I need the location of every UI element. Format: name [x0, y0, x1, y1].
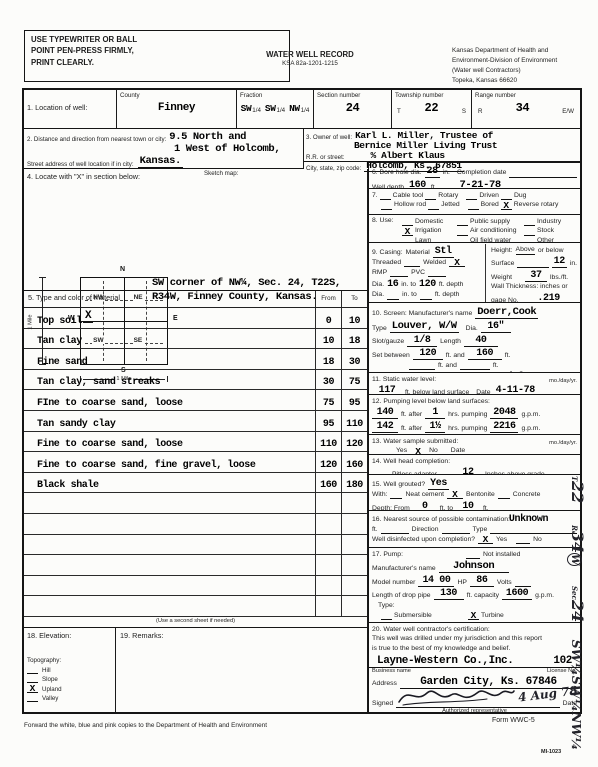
pumping-label-1: hrs. pumping: [448, 411, 487, 419]
field-range: Range number R 34 E/W: [472, 90, 580, 128]
material-name: FIne to coarse sand, loose: [37, 398, 183, 409]
weight-label: Weight: [491, 274, 512, 282]
reverse-rotary-label: Reverse rotary: [514, 201, 559, 209]
fraction-q2: SW: [265, 103, 276, 114]
screen-type-label: Type: [372, 325, 387, 333]
casing-dia-value: 16: [387, 279, 398, 290]
surface-value: 12: [552, 256, 567, 268]
grout-to-value: 10: [456, 501, 480, 511]
agency-block: Kansas Department of Health and Environm…: [452, 46, 557, 86]
screen-type-value: Louver, W/W: [390, 320, 459, 333]
pump-type-label: Type:: [372, 602, 395, 610]
hp-value: 86: [470, 575, 494, 587]
material-row-empty: [24, 555, 367, 576]
stock-blank: [524, 228, 535, 236]
air-conditioning-blank: [457, 228, 468, 236]
fraction-q3: NW: [289, 103, 300, 114]
township-label: Township number: [392, 90, 471, 99]
bored-blank: [468, 202, 479, 210]
location-row: 1. Location of well: County Finney Fract…: [24, 90, 580, 129]
material-row-empty: [24, 493, 367, 514]
material-from: 75: [323, 398, 334, 409]
from-column-header: From: [321, 295, 335, 302]
pumping-label-2: hrs. pumping: [448, 425, 487, 433]
disinfected-label: Well disinfected upon completion?: [372, 536, 475, 544]
model-number-label: Model number: [372, 579, 415, 587]
section-use: 8. Use: Domestic Public supply Industry …: [369, 215, 580, 243]
topo-valley-label: Valley: [42, 695, 58, 702]
contamination-label: 16. Nearest source of possible contamina…: [372, 516, 510, 524]
material-to: 75: [349, 377, 360, 388]
set-ftand-label: ft. and: [446, 352, 465, 360]
domestic-label: Domestic: [415, 218, 455, 226]
public-supply-label: Public supply: [470, 218, 522, 226]
scanned-water-well-record: USE TYPEWRITER OR BALL POINT PEN-PRESS F…: [0, 0, 598, 767]
section-number-value: 24: [314, 101, 391, 115]
margin-sec-label: Sec: [570, 586, 579, 600]
direction-label: Direction: [412, 526, 439, 534]
material-row: FIne to coarse sand, loose 75 95: [24, 390, 367, 411]
section-drill-method: 7. Cable tool Rotary Driven Dug Hollow r…: [369, 189, 580, 215]
screen-length-label: Length: [440, 338, 461, 346]
gpm-label-2: g.p.m.: [521, 425, 540, 433]
cable-tool-blank: [380, 192, 391, 200]
field-county: County Finney: [117, 90, 237, 128]
second-sheet-note: (Use a second sheet if needed): [156, 618, 235, 624]
material-name: Fine sand: [37, 357, 87, 368]
completion-date-value: 7-21-78: [457, 179, 502, 189]
location-label: 1. Location of well:: [24, 90, 116, 112]
material-to: 110: [346, 419, 363, 430]
pump-mfr-label: Manufacturer's name: [372, 565, 436, 573]
static-level-value: 117: [372, 385, 402, 395]
bentonite-mark: X: [447, 491, 463, 499]
sample-date-label: Date: [451, 447, 465, 455]
section-number-label: Section number: [314, 90, 391, 99]
material-row: Tan clay 10 18: [24, 329, 367, 350]
irrigation-label: Irrigation: [415, 227, 455, 235]
height-above: Above: [516, 246, 535, 255]
material-from: 10: [323, 336, 334, 347]
field-section-number: Section number 24: [314, 90, 392, 128]
distribution-footer: Forward the white, blue and pink copies …: [24, 722, 267, 730]
domestic-blank: [402, 218, 413, 226]
form-title-block: WATER WELL RECORD KSA 82a-1201-1215: [248, 50, 372, 67]
owner-label: 3. Owner of well:: [306, 134, 352, 141]
field-fraction: Fraction SW1/4 SW1/4 NW1/4: [237, 90, 314, 128]
topo-valley-blank: [27, 694, 38, 702]
street-address-label: Street address of well location if in ci…: [27, 161, 134, 168]
capacity-label: ft. capacity: [467, 592, 500, 600]
material-row: Tan sandy clay 95 110: [24, 411, 367, 432]
range-value-row: R 34 E/W: [472, 101, 580, 115]
business-name-value: Layne-Western Co.,Inc.: [377, 655, 513, 667]
contamination-value: Unknown: [509, 514, 548, 525]
township-value: 22: [425, 101, 439, 115]
bored-label: Bored: [481, 201, 499, 209]
fraction-q1-denom: 1/4: [252, 107, 261, 114]
distance-value-2: 1 West of Holcomb,: [24, 143, 303, 155]
section-casing: 9. Casing:MaterialStl ThreadedWeldedX RM…: [369, 243, 580, 303]
well-head-label: 14. Well head completion:: [372, 458, 450, 466]
material-row: Top soil 0 10: [24, 308, 367, 329]
section-well-head: 14. Well head completion: Pitless adapte…: [369, 455, 580, 475]
topography-label: Topography:: [27, 657, 112, 664]
section-contamination: 16. Nearest source of possible contamina…: [369, 511, 580, 548]
topo-hill-blank: [27, 666, 38, 674]
grout-from-value: 0: [413, 501, 437, 511]
static-date-value: 4-11-78: [494, 385, 537, 395]
certification-text-2: is true to the best of my knowledge and …: [372, 645, 510, 653]
well-depth-value: 160: [407, 180, 428, 189]
field-township: Township number T 22 S: [392, 90, 472, 128]
form-code: Form WWC-5: [492, 717, 535, 726]
drop-pipe-value: 130: [434, 588, 464, 600]
turbine-blank: X: [468, 612, 479, 620]
signed-label: Signed: [372, 700, 393, 708]
model-number-value: 14 00: [418, 575, 454, 587]
wall-thickness-label: Wall Thickness: inches or: [491, 283, 568, 291]
township-prefix: T: [397, 108, 401, 115]
distance-value-1: 9.5 North and: [169, 131, 246, 143]
authorized-rep-label: Authorized representative: [442, 708, 507, 714]
signature: [397, 682, 515, 708]
bore-in-label: in.: [443, 169, 450, 177]
certification-label: 20. Water well contractor's certificatio…: [372, 626, 490, 634]
material-row: Black shale 160 180: [24, 473, 367, 494]
material-from: 160: [320, 480, 337, 491]
set-between-to: 160: [468, 348, 502, 360]
pumping-gpm-1: 2048: [490, 407, 518, 419]
material-row: Fine to coarse sand, fine gravel, loose …: [24, 452, 367, 473]
material-row-empty: [24, 576, 367, 597]
field-elevation: 18. Elevation: Topography: Hill Slope XU…: [24, 628, 116, 712]
field-remarks: 19. Remarks:: [116, 628, 367, 712]
section-screen: 10. Screen: Manufacturer's nameDoerr,Coo…: [369, 303, 580, 373]
sketch-map-label: Sketch map:: [204, 170, 238, 177]
material-to: 180: [346, 480, 363, 491]
irrigation-blank: X: [402, 228, 413, 236]
right-column: 6. Bore hole dia.28in.Completion date We…: [368, 162, 580, 712]
field-location: 1. Location of well:: [24, 90, 117, 128]
material-to: 95: [349, 398, 360, 409]
static-moday-label: mo./day/yr.: [549, 378, 577, 384]
surface-label: Surface: [491, 260, 514, 268]
material-to: 160: [346, 460, 363, 471]
disinfected-yes-mark: X: [478, 536, 493, 544]
material-from: 95: [323, 419, 334, 430]
neat-cement-label: Neat cement: [405, 491, 444, 499]
pumping-level-2: 142: [372, 421, 398, 433]
casing-depth-value: 120: [419, 279, 436, 290]
public-supply-blank: [457, 218, 468, 226]
material-name: Top soil: [37, 316, 82, 327]
casing-ftdepth2-label: ft. depth: [435, 291, 460, 299]
drop-pipe-label: Length of drop pipe: [372, 592, 431, 600]
completion-date-label: Completion date: [457, 169, 507, 177]
drill-method-number: 7.: [372, 192, 378, 200]
dug-label: Dug: [514, 192, 526, 200]
industry-blank: [524, 218, 535, 226]
material-from: 0: [326, 316, 332, 327]
set-between-label: Set between: [372, 352, 410, 360]
hollow-rod-label: Hollow rod: [394, 201, 426, 209]
gpm-label-1: g.p.m.: [521, 411, 540, 419]
range-prefix: R: [478, 108, 482, 115]
distance-value-3: Kansas.: [138, 155, 183, 168]
section-certification: 20. Water well contractor's certificatio…: [369, 623, 580, 717]
topo-upland-blank: X: [27, 685, 38, 693]
welded-mark: X: [449, 259, 465, 267]
casing-material-value: Stl: [433, 246, 454, 258]
section-bore-hole: 6. Bore hole dia.28in.Completion date We…: [369, 163, 580, 189]
grout-with-label: With:: [372, 491, 387, 499]
material-name: Tan clay: [37, 336, 82, 347]
gage-value: .219: [534, 293, 564, 303]
sample-no-label: No: [429, 447, 438, 455]
surface-in-label: in.: [570, 260, 577, 268]
section-pump: 17. Pump:Not installed Manufacturer's na…: [369, 548, 580, 623]
set2-ftand-label: ft. and: [438, 362, 457, 370]
use-label: 8. Use:: [372, 217, 394, 225]
section-static-level: 11. Static water level:mo./day/yr. 117ft…: [369, 373, 580, 395]
grouted-label: 15. Well grouted?: [372, 481, 425, 489]
to-column-header: To: [351, 295, 358, 302]
material-to: 30: [349, 357, 360, 368]
driven-blank: [466, 192, 477, 200]
sample-moday-label: mo./day/yr.: [549, 440, 577, 446]
compass-n: N: [120, 266, 125, 273]
margin-handwriting: T22 R34W Sec24 SW¼SW¼NW¼: [567, 476, 587, 764]
print-code: MI-1023: [541, 749, 561, 755]
material-name: Tan sandy clay: [37, 419, 115, 430]
cable-tool-label: Cable tool: [393, 192, 424, 200]
contamination-type-label: Type: [473, 526, 488, 534]
form-statute: KSA 82a-1201-1215: [248, 60, 372, 67]
not-installed-label: Not installed: [483, 551, 520, 559]
form-body: 1. Location of well: County Finney Fract…: [22, 88, 582, 714]
business-name-label: Business name: [372, 668, 411, 674]
pumping-hrs-1: 1: [425, 407, 445, 419]
pump-mfr-value: Johnson: [439, 560, 509, 573]
disinfected-yes-label: Yes: [496, 536, 507, 544]
bentonite-label: Bentonite: [466, 491, 495, 499]
capacity-value: 1600: [502, 588, 532, 600]
margin-township: 22: [568, 481, 587, 503]
reverse-rotary-blank: X: [501, 202, 512, 210]
township-value-row: T 22 S: [392, 101, 471, 115]
driven-label: Driven: [479, 192, 499, 200]
material-name: Black shale: [37, 480, 99, 491]
volts-label: Volts: [497, 579, 512, 587]
rotary-blank: [425, 192, 436, 200]
water-sample-label: 13. Water sample submitted:: [372, 438, 458, 446]
material-name: Tan clay, sand streaks: [37, 377, 160, 388]
section-water-sample: 13. Water sample submitted:mo./day/yr. Y…: [369, 435, 580, 455]
topo-upland-label: Upland: [42, 686, 62, 693]
material-row-empty: [24, 596, 367, 617]
casing-ftdepth-label: ft. depth: [439, 281, 464, 289]
stock-label: Stock: [537, 227, 554, 235]
county-label: County: [117, 90, 236, 99]
material-row: Fine to coarse sand, loose 110 120: [24, 432, 367, 453]
material-row: Fine sand 18 30: [24, 349, 367, 370]
material-row-empty: [24, 535, 367, 556]
fraction-q3-denom: 1/4: [301, 107, 310, 114]
topo-slope-blank: [27, 675, 38, 683]
screen-dia-label: Dia.: [466, 325, 478, 333]
casing-dia2-label: Dia.: [372, 291, 384, 299]
material-name: Fine to coarse sand, fine gravel, loose: [37, 460, 255, 471]
submersible-label: Submersible: [394, 612, 466, 620]
materials-title: 5. Type and color of material: [28, 293, 120, 302]
screen-label: 10. Screen: Manufacturer's name: [372, 310, 472, 318]
pumping-hrs-2: 1½: [425, 421, 445, 433]
fraction-value: SW1/4 SW1/4 NW1/4: [237, 103, 313, 114]
pumping-level-1: 140: [372, 407, 398, 419]
range-suffix: E/W: [562, 108, 574, 115]
set2-ft-label: ft.: [493, 362, 499, 370]
weight-value: 37: [525, 270, 547, 282]
casing-material-label: Material: [406, 249, 430, 257]
sample-yes-label: Yes: [396, 447, 407, 455]
pump-gpm-label: g.p.m.: [535, 592, 554, 600]
threaded-label: Threaded: [372, 259, 401, 267]
pitless-height-value: 12: [454, 467, 482, 475]
margin-range: 34: [568, 531, 587, 553]
submersible-blank: [381, 612, 392, 620]
township-suffix: S: [462, 108, 466, 115]
bore-dia-value: 28: [425, 166, 440, 178]
sample-no-mark: X: [410, 448, 426, 455]
screen-dia-value: 16": [481, 321, 511, 333]
material-from: 30: [323, 377, 334, 388]
slot-gauze-label: Slot/gauze: [372, 338, 404, 346]
material-from: 110: [320, 439, 337, 450]
materials-table: 5. Type and color of material From To To…: [24, 290, 368, 627]
material-name: Fine to coarse sand, loose: [37, 439, 183, 450]
margin-section: 24: [568, 600, 587, 622]
contamination-ft-label: ft.: [372, 526, 378, 534]
dug-blank: [501, 192, 512, 200]
after-label-2: ft. after: [401, 425, 422, 433]
screen-mfr-value: Doerr,Cook: [475, 306, 538, 319]
hp-label: HP: [457, 579, 466, 587]
material-from: 18: [323, 357, 334, 368]
rr-street-label: R.R. or street:: [306, 154, 345, 161]
disinfected-no-label: No: [533, 536, 542, 544]
range-value: 34: [516, 101, 530, 115]
after-label-1: ft. after: [401, 411, 422, 419]
topo-slope-label: Slope: [42, 676, 58, 683]
material-from: 120: [320, 460, 337, 471]
margin-quarters: SW¼SW¼NW¼: [569, 640, 584, 751]
locate-label: 4. Locate with "X" in section below:: [27, 172, 140, 181]
turbine-label: Turbine: [481, 612, 504, 620]
elevation-remarks-row: 18. Elevation: Topography: Hill Slope XU…: [24, 627, 368, 712]
static-level-label: 11. Static water level:: [372, 376, 436, 384]
height-or-below: or below: [538, 247, 564, 255]
casing-label: 9. Casing:: [372, 249, 403, 257]
section-grouted: 15. Well grouted?Yes With:Neat cementXBe…: [369, 475, 580, 511]
weight-lbs-label: lbs./ft.: [550, 274, 568, 282]
material-row: Tan clay, sand streaks 30 75: [24, 370, 367, 391]
margin-range-direction: W: [567, 553, 582, 566]
topo-hill-label: Hill: [42, 667, 51, 674]
certification-text-1: This well was drilled under my jurisdict…: [372, 635, 542, 643]
remarks-label: 19. Remarks:: [120, 631, 363, 640]
pumping-level-label: 12. Pumping level below land surfaces:: [372, 398, 490, 406]
fraction-q2-denom: 1/4: [277, 107, 286, 114]
set-ft-label: ft.: [505, 352, 511, 360]
bore-dia-label: 6. Bore hole dia.: [372, 169, 422, 177]
welded-label: Welded: [423, 259, 446, 267]
height-label: Height:: [491, 247, 513, 255]
set-between-from: 120: [413, 348, 443, 360]
material-to: 18: [349, 336, 360, 347]
hollow-rod-blank: [381, 202, 392, 210]
casing-into2-label: in. to: [402, 291, 417, 299]
fraction-label: Fraction: [237, 90, 313, 99]
air-conditioning-label: Air conditioning: [470, 227, 522, 235]
pumping-gpm-2: 2216: [490, 421, 518, 433]
pvc-label: PVC: [411, 269, 425, 277]
pump-label: 17. Pump:: [372, 551, 403, 559]
screen-length-value: 40: [464, 335, 498, 347]
field-distance-direction: 2. Distance and direction from nearest t…: [24, 129, 304, 169]
address-label: Address: [372, 680, 397, 688]
jetted-blank: [428, 202, 439, 210]
industry-label: Industry: [537, 218, 561, 226]
concrete-label: Concrete: [513, 491, 541, 499]
elevation-label: 18. Elevation:: [27, 631, 112, 640]
county-value: Finney: [117, 102, 236, 114]
rotary-label: Rotary: [438, 192, 458, 200]
sketch-text-1: SW corner of NW¼, Sec. 24, T22S,: [152, 277, 341, 289]
jetted-label: Jetted: [441, 201, 460, 209]
slot-gauze-value: 1/8: [407, 335, 437, 347]
material-to: 120: [346, 439, 363, 450]
range-label: Range number: [472, 90, 580, 99]
rmp-label: RMP: [372, 269, 387, 277]
field-owner: 3. Owner of well: Karl L. Miller, Truste…: [304, 129, 580, 162]
fraction-q1: SW: [241, 103, 252, 114]
section-locate: 4. Locate with "X" in section below: Ske…: [24, 169, 368, 290]
materials-header: 5. Type and color of material From To: [24, 291, 367, 308]
section-pumping-level: 12. Pumping level below land surfaces: 1…: [369, 395, 580, 435]
casing-into-label: in. to: [401, 281, 416, 289]
form-title: WATER WELL RECORD: [248, 50, 372, 59]
material-row-empty: [24, 514, 367, 535]
grouted-answer: Yes: [428, 478, 449, 490]
material-to: 10: [349, 316, 360, 327]
casing-dia-label: Dia.: [372, 281, 384, 289]
distance-label: 2. Distance and direction from nearest t…: [27, 136, 166, 143]
